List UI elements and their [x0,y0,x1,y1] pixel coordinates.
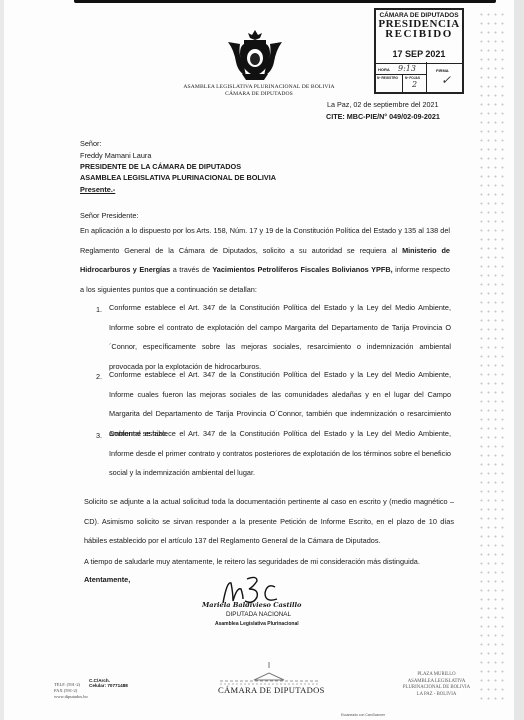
document-page: ASAMBLEA LEGISLATIVA PLURINACIONAL DE BO… [4,0,514,720]
greeting: Señor Presidente: [80,211,138,220]
footer-cc: C.C/Arch. Celular: 70771488 [89,678,128,688]
stamp-hora-label: HORA [378,67,390,72]
signatory-organization: Asamblea Legislativa Plurinacional [215,621,299,627]
point-1-number: 1. [96,305,102,314]
intro-text-1: En aplicación a lo dispuesto por los Art… [80,226,450,255]
intro-paragraph: En aplicación a lo dispuesto por los Art… [80,221,450,299]
footer-contact: TELF. (591-2) FAX (591-2) www.diputados.… [54,682,88,700]
recipient-salutation: Señor: [80,139,102,148]
bolivia-coat-of-arms-icon [224,28,286,82]
recipient-title: PRESIDENTE DE LA CÁMARA DE DIPUTADOS [80,162,241,171]
letter-date: La Paz, 02 de septiembre del 2021 [327,100,438,109]
point-2-number: 2. [96,372,102,381]
signatory-title: DIPUTADA NACIONAL [226,611,291,618]
point-3-text: Conforme establece el Art. 347 de la Con… [109,424,451,483]
footer-address-4: LA PAZ - BOLIVIA [399,692,474,699]
reception-stamp: CÁMARA DE DIPUTADOS PRESIDENCIA RECIBIDO… [374,8,464,94]
stamp-grid: HORA 9:13 Nº REGISTRO Nº FOJAS 2 FIRMA ✓ [376,63,462,92]
stamp-date: 17 SEP 2021 [376,49,462,59]
stamp-fojas-value: 2 [412,80,417,89]
scanner-watermark: Escaneado con CamScanner [341,713,385,717]
footer-cc-phone: Celular: 70771488 [89,683,128,688]
closing-paragraph: Solicito se adjunte a la actual solicitu… [84,492,454,551]
stamp-firma-value: ✓ [441,73,451,87]
footer-chamber-name: CÁMARA DE DIPUTADOS [218,685,325,695]
farewell: A tiempo de saludarle muy atentamente, l… [84,557,420,566]
recipient-presente: Presente.- [80,185,115,194]
footer-address: PLAZA MURILLO ASAMBLEA LEGISLATIVA PLURI… [399,672,474,698]
stamp-recibido: RECIBIDO [376,29,462,39]
intro-ypfb: Yacimientos Petrolíferos Fiscales Bolivi… [212,265,392,274]
scan-noise [478,10,504,700]
sign-off: Atentamente, [84,575,130,584]
stamp-hora-value: 9:13 [398,64,416,73]
page-edge [514,0,524,720]
intro-text-2: a través de [170,265,212,274]
footer-website: www.diputados.bo [54,694,88,700]
signatory-name: Mariela Baldivieso Castillo [202,601,301,609]
recipient-name: Freddy Mamani Laura [80,151,151,160]
scan-edge-bar [74,0,496,3]
stamp-registro-label: Nº REGISTRO [377,76,398,80]
footer-address-3: PLURINACIONAL DE BOLIVIA [399,685,474,692]
point-3-number: 3. [96,431,102,440]
letter-cite: CITE: MBC-PIE/N° 049/02-09-2021 [326,112,440,121]
recipient-organization: ASAMBLEA LEGISLATIVA PLURINACIONAL DE BO… [80,173,276,182]
institution-name: ASAMBLEA LEGISLATIVA PLURINACIONAL DE BO… [174,84,344,98]
institution-line-1: ASAMBLEA LEGISLATIVA PLURINACIONAL DE BO… [174,84,344,91]
institution-line-2: CÁMARA DE DIPUTADOS [174,91,344,98]
